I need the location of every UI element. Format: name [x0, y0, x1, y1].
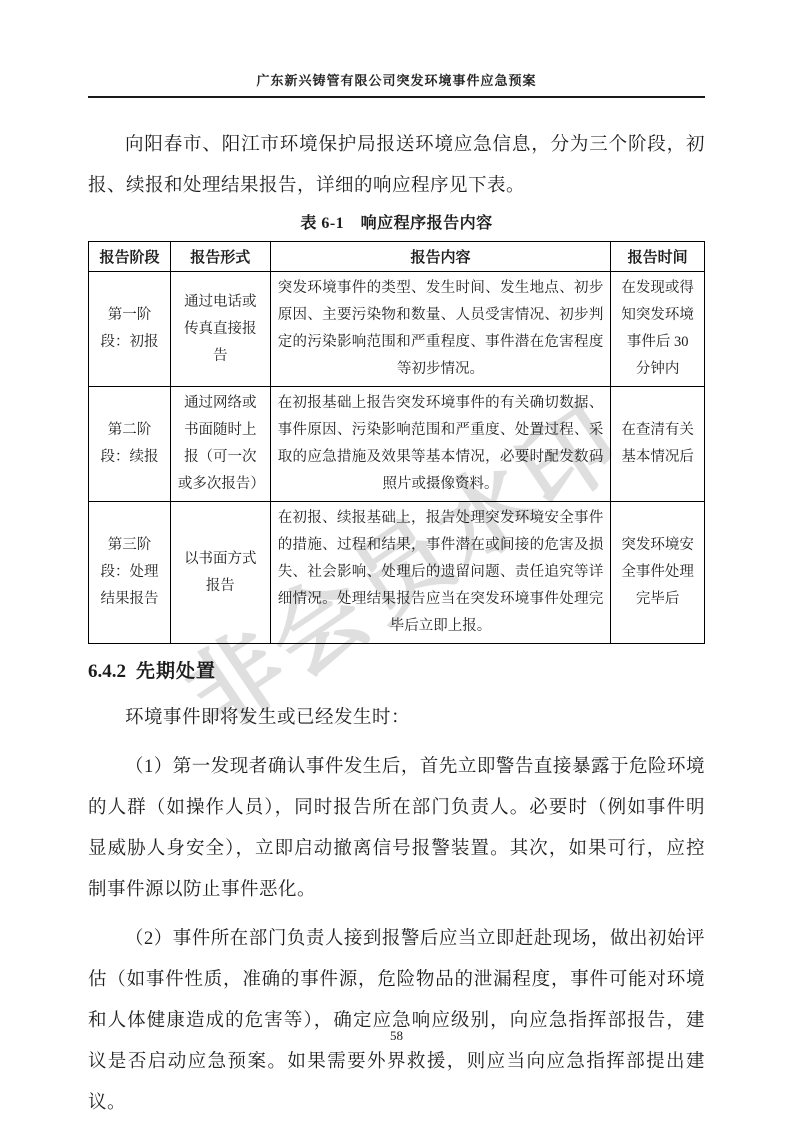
page-header: 广东新兴铸管有限公司突发环境事件应急预案 [88, 0, 705, 98]
cell-stage: 第一阶段：初报 [89, 272, 171, 387]
cell-form: 以书面方式报告 [170, 502, 270, 644]
cell-form: 通过电话或传真直接报告 [170, 272, 270, 387]
table-row: 第二阶段：续报 通过网络或书面随时上报（可一次或多次报告） 在初报基础上报告突发… [89, 387, 705, 502]
document-page: 非会员水印 广东新兴铸管有限公司突发环境事件应急预案 向阳春市、阳江市环境保护局… [0, 0, 793, 1122]
column-header-content: 报告内容 [270, 242, 611, 272]
paragraph-item-1: （1）第一发现者确认事件发生后，首先立即警告直接暴露于危险环境的人群（如操作人员… [88, 747, 705, 911]
document-body: 向阳春市、阳江市环境保护局报送环境应急信息，分为三个阶段，初报、续报和处理结果报… [88, 125, 705, 1122]
page-number: 58 [0, 1028, 793, 1044]
table-header-row: 报告阶段 报告形式 报告内容 报告时间 [89, 242, 705, 272]
column-header-time: 报告时间 [611, 242, 705, 272]
cell-stage: 第三阶段：处理结果报告 [89, 502, 171, 644]
cell-content: 突发环境事件的类型、发生时间、发生地点、初步原因、主要污染物和数量、人员受害情况… [270, 272, 611, 387]
cell-time: 在发现或得知突发环境事件后 30 分钟内 [611, 272, 705, 387]
cell-time: 突发环境安全事件处理完毕后 [611, 502, 705, 644]
cell-form: 通过网络或书面随时上报（可一次或多次报告） [170, 387, 270, 502]
section-heading: 6.4.2先期处置 [88, 659, 705, 685]
paragraph-lead: 环境事件即将发生或已经发生时： [88, 698, 705, 739]
document-header-title: 广东新兴铸管有限公司突发环境事件应急预案 [88, 70, 705, 89]
intro-paragraph: 向阳春市、阳江市环境保护局报送环境应急信息，分为三个阶段，初报、续报和处理结果报… [88, 125, 705, 207]
column-header-stage: 报告阶段 [89, 242, 171, 272]
table-caption: 表 6-1 响应程序报告内容 [88, 211, 705, 237]
cell-content: 在初报、续报基础上，报告处理突发环境安全事件的措施、过程和结果，事件潜在或间接的… [270, 502, 611, 644]
table-row: 第一阶段：初报 通过电话或传真直接报告 突发环境事件的类型、发生时间、发生地点、… [89, 272, 705, 387]
table-row: 第三阶段：处理结果报告 以书面方式报告 在初报、续报基础上，报告处理突发环境安全… [89, 502, 705, 644]
paragraph-item-2: （2）事件所在部门负责人接到报警后应当立即赶赴现场，做出初始评估（如事件性质，准… [88, 919, 705, 1122]
column-header-form: 报告形式 [170, 242, 270, 272]
section-title: 先期处置 [136, 661, 216, 682]
cell-time: 在查清有关基本情况后 [611, 387, 705, 502]
cell-content: 在初报基础上报告突发环境事件的有关确切数据、事件原因、污染影响范围和严重度、处置… [270, 387, 611, 502]
cell-stage: 第二阶段：续报 [89, 387, 171, 502]
report-procedure-table: 报告阶段 报告形式 报告内容 报告时间 第一阶段：初报 通过电话或传真直接报告 … [88, 241, 705, 644]
section-number: 6.4.2 [88, 661, 126, 682]
